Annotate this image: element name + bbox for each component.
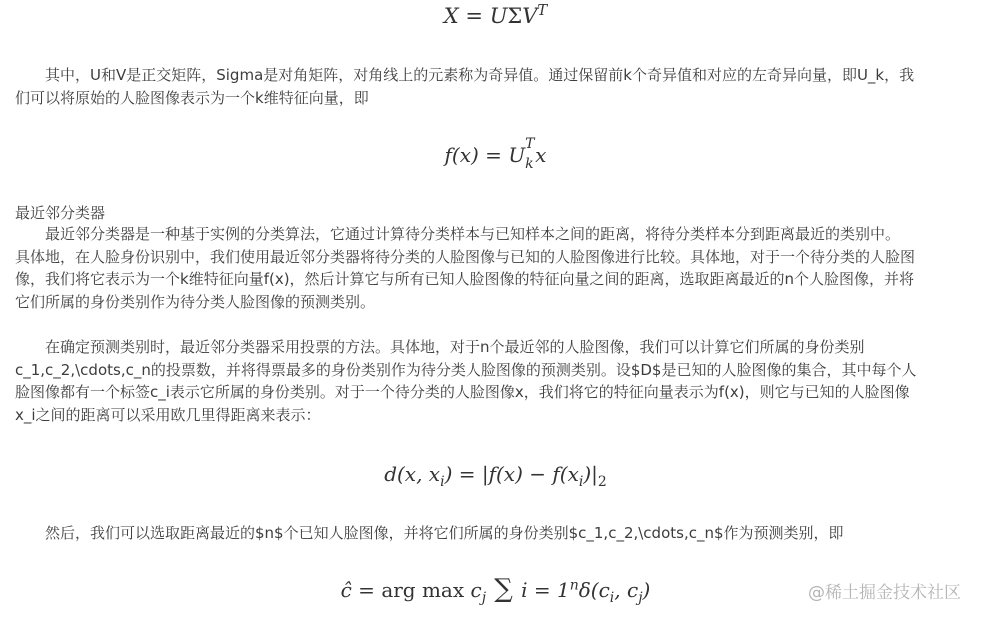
formula-term: arg max (381, 578, 470, 602)
paragraph-line: 然后，我们可以选取距离最近的$n$个已知人脸图像，并将它们所属的身份类别$c_1… (15, 522, 975, 545)
paragraph-voting: 在确定预测类别时，最近邻分类器采用投票的方法。具体地，对于n个最近邻的人脸图像，… (15, 336, 975, 426)
paragraph-line: c_1,c_2,\cdots,c_n的投票数，并将得票最多的身份类别作为待分类人… (15, 359, 975, 382)
watermark: @稀土掘金技术社区 (808, 578, 961, 603)
formula-term: T (537, 2, 547, 19)
formula-term: δ(c (579, 578, 610, 602)
formula-term: U (490, 4, 508, 28)
formula-term: Σ (507, 4, 522, 28)
formula-term: i = 1 (521, 578, 570, 602)
formula-term: |f(x) − f(x (482, 462, 579, 486)
feature-formula: f(x) = UTkx (0, 143, 991, 167)
section-heading: 最近邻分类器 (15, 203, 105, 223)
paragraph-line: 最近邻分类器是一种基于实例的分类算法，它通过计算待分类样本与已知样本之间的距离，… (15, 223, 975, 246)
formula-term: = (459, 4, 490, 28)
formula-term: V (522, 4, 537, 28)
formula-term: d(x, x (384, 462, 440, 486)
svd-formula: X = UΣVT (0, 4, 991, 28)
paragraph-line: 它们所属的身份类别作为待分类人脸图像的预测类别。 (15, 291, 975, 314)
formula-term: X (444, 4, 459, 28)
formula-term: f(x) (445, 143, 479, 167)
formula-term: = (452, 462, 481, 486)
formula-term: = (479, 143, 508, 167)
formula-term: ĉ (341, 578, 352, 602)
paragraph-line: 像，我们将它表示为一个k维特征向量f(x)，然后计算它与所有已知人脸图像的特征向… (15, 268, 975, 291)
formula-term: , c (614, 578, 638, 602)
paragraph-nearest-neighbor: 最近邻分类器是一种基于实例的分类算法，它通过计算待分类样本与已知样本之间的距离，… (15, 223, 975, 313)
paragraph-line: 们可以将原始的人脸图像表示为一个k维特征向量，即 (15, 87, 975, 110)
distance-formula: d(x, xi) = |f(x) − f(xi)|2 (0, 462, 991, 486)
formula-term: c (470, 578, 481, 602)
formula-term: n (570, 577, 579, 593)
paragraph-line: 具体地，在人脸身份识别中，我们使用最近邻分类器将待分类的人脸图像与已知的人脸图像… (15, 246, 975, 269)
formula-term: x (535, 143, 546, 167)
sum-symbol: ∑ (486, 574, 521, 604)
paragraph-line: x_i之间的距离可以采用欧几里得距离来表示： (15, 404, 975, 427)
paragraph-line: 其中，U和V是正交矩阵，Sigma是对角矩阵，对角线上的元素称为奇异值。通过保留… (15, 64, 975, 87)
formula-term: )| (583, 462, 598, 486)
formula-term: = (352, 578, 381, 602)
paragraph-line: 在确定预测类别时，最近邻分类器采用投票的方法。具体地，对于n个最近邻的人脸图像，… (15, 336, 975, 359)
formula-term: U (508, 143, 525, 167)
formula-term: ) (643, 578, 651, 602)
paragraph-prediction: 然后，我们可以选取距离最近的$n$个已知人脸图像，并将它们所属的身份类别$c_1… (15, 522, 975, 545)
formula-term: 2 (598, 474, 607, 490)
paragraph-line: 脸图像都有一个标签c_i表示它所属的身份类别。对于一个待分类的人脸图像x，我们将… (15, 381, 975, 404)
paragraph-svd-explanation: 其中，U和V是正交矩阵，Sigma是对角矩阵，对角线上的元素称为奇异值。通过保留… (15, 64, 975, 109)
